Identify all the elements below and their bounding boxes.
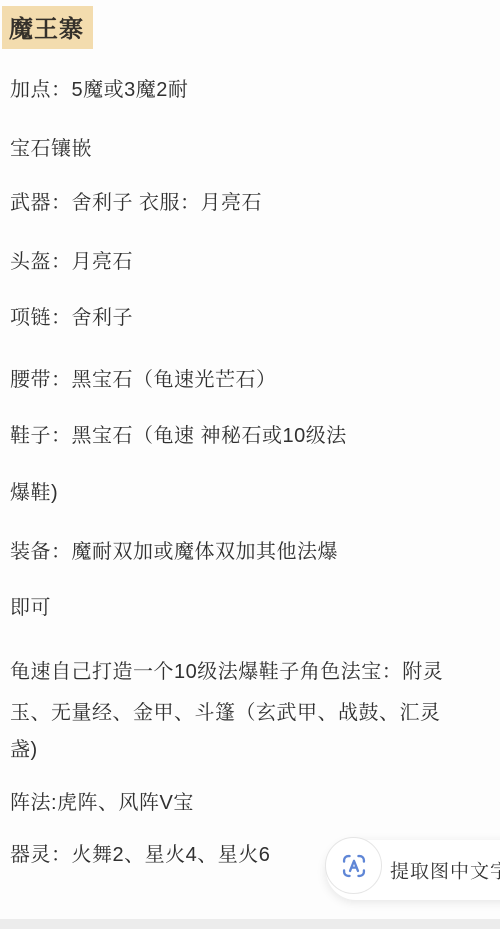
text-scan-a-icon xyxy=(340,852,368,880)
text-line: 龟速自己打造一个10级法爆鞋子角色法宝：附灵 xyxy=(10,661,443,683)
text-line: 宝石镶嵌 xyxy=(10,138,92,160)
text-line: 头盔：月亮石 xyxy=(10,251,133,273)
page-title-highlight: 魔王寨 xyxy=(2,6,93,49)
extract-text-label: 提取图中文字 xyxy=(390,857,500,884)
text-line: 盏) xyxy=(10,739,38,761)
bottom-gutter xyxy=(0,919,500,929)
text-line: 加点：5魔或3魔2耐 xyxy=(10,79,188,101)
text-line: 武器：舍利子 衣服：月亮石 xyxy=(10,192,262,214)
text-line: 爆鞋) xyxy=(10,482,58,504)
icon-circle xyxy=(325,837,382,894)
screen: 魔王寨 加点：5魔或3魔2耐 宝石镶嵌 武器：舍利子 衣服：月亮石 头盔：月亮石… xyxy=(0,0,500,929)
text-line: 器灵：火舞2、星火4、星火6 xyxy=(10,844,270,866)
text-line: 阵法:虎阵、风阵V宝 xyxy=(10,792,194,814)
text-line: 腰带：黑宝石（龟速光芒石） xyxy=(10,369,277,391)
text-line: 鞋子：黑宝石（龟速 神秘石或10级法 xyxy=(10,425,347,447)
page-title: 魔王寨 xyxy=(9,16,84,43)
text-line: 项链：舍利子 xyxy=(10,307,133,329)
extract-text-button[interactable]: 提取图中文字 xyxy=(326,840,500,900)
text-line: 玉、无量经、金甲、斗篷（玄武甲、战鼓、汇灵 xyxy=(10,702,441,724)
text-line: 装备：魔耐双加或魔体双加其他法爆 xyxy=(10,541,338,563)
text-line: 即可 xyxy=(10,597,51,619)
